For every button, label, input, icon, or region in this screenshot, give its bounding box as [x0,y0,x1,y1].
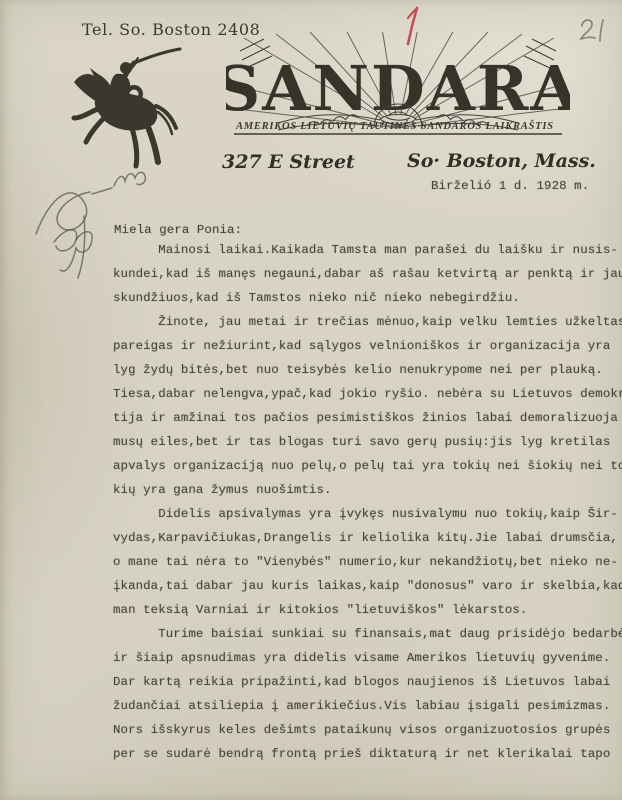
sandara-masthead: SANDARA [226,32,570,132]
letterhead-city: So· Boston, Mass. [407,150,596,172]
letter-body: Mainosi laikai.Kaikada Tamsta man paraše… [113,238,622,766]
knight-on-horseback-icon [60,42,192,174]
scanned-letter-page: Tel. So. Boston 2408 [0,0,622,800]
vytis-knight-illustration [60,42,192,174]
pencil-numeral-icon [576,10,612,50]
letter-date: Birželió 1 d. 1928 m. [431,174,589,198]
masthead-tagline: AMERIKOS LIETUVIŲ TAUTINĖS SANDAROS LAIK… [236,121,552,132]
pencil-numeral-annotation [576,10,612,50]
letterhead-street: 327 E Street [222,151,355,173]
